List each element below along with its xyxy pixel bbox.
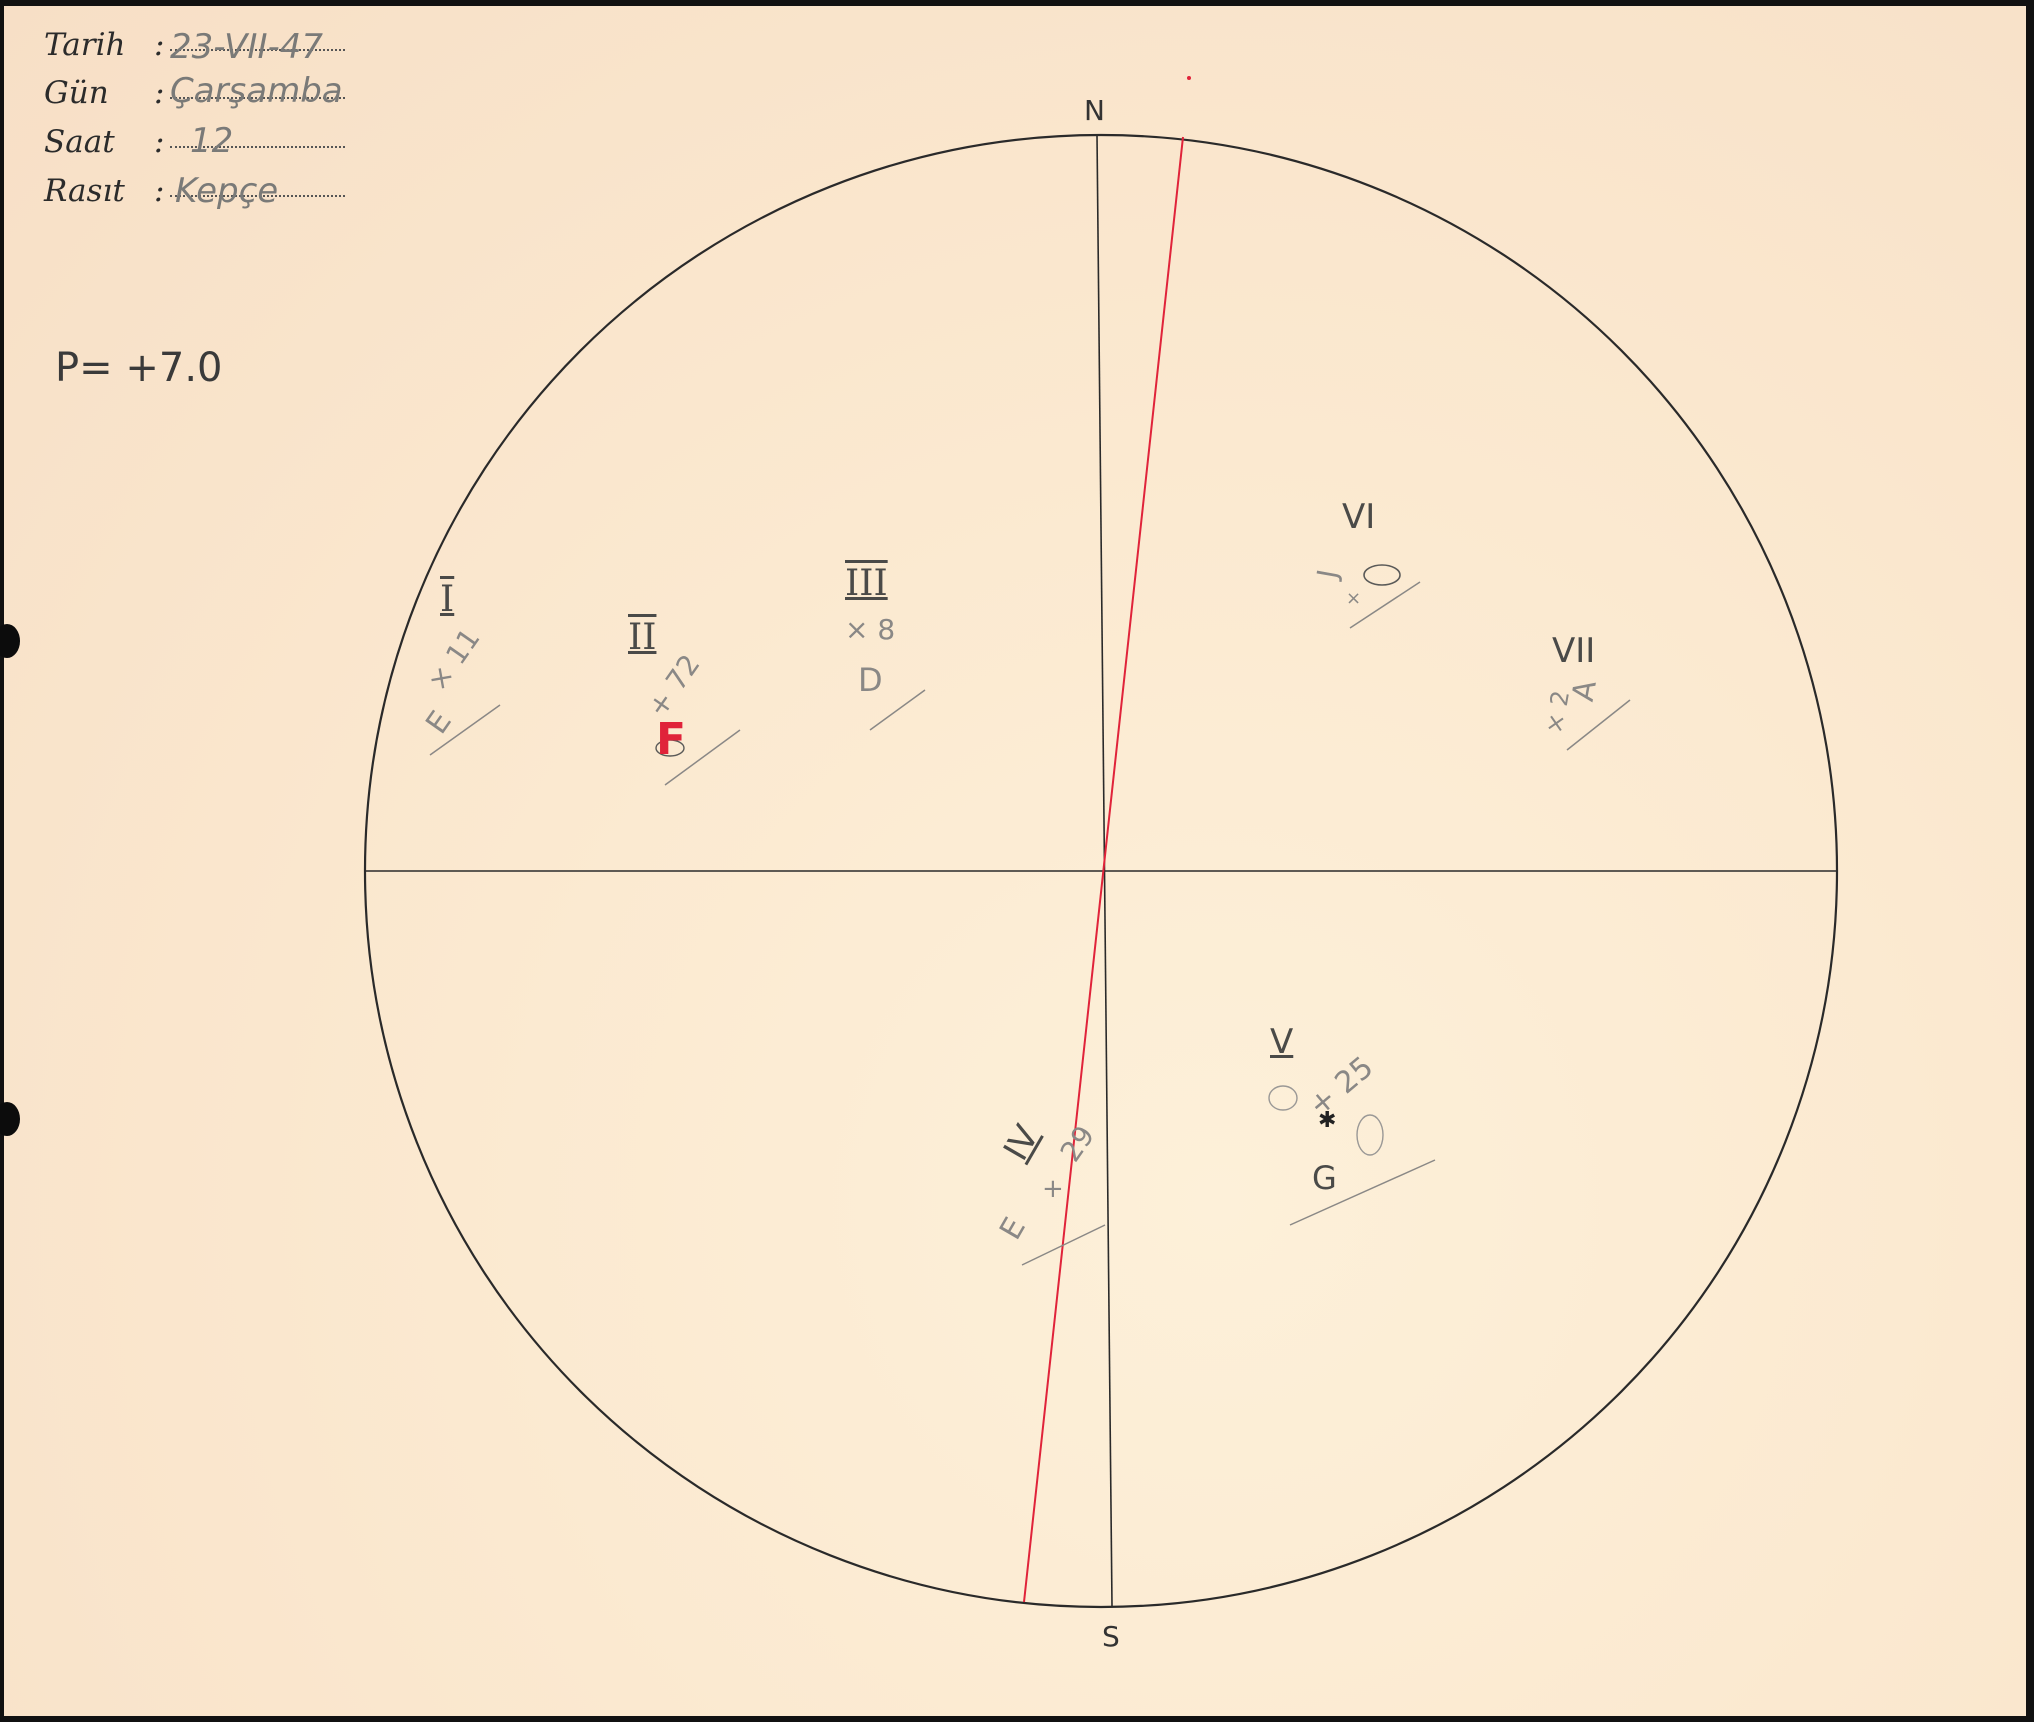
group-v-numeral: V (1270, 1025, 1293, 1059)
group-iii-type: D (858, 664, 883, 696)
group-vii-numeral: VII (1552, 634, 1595, 668)
group-vi-numeral: VI (1342, 500, 1375, 534)
rotation-axis-line (1024, 137, 1183, 1602)
red-tick-mark (1187, 76, 1191, 80)
group-iii-numeral: III (845, 566, 888, 602)
group-v-spot-right (1357, 1115, 1383, 1155)
north-label: N (1084, 94, 1105, 127)
group-vi-spot (1364, 565, 1400, 585)
group-ii-type: F (656, 718, 686, 762)
group-ii-numeral: II (628, 620, 656, 656)
group-v-type: G (1312, 1162, 1337, 1194)
group-v-spot-left (1269, 1086, 1297, 1110)
solar-disk-diagram (0, 0, 2034, 1722)
group-iii-count-value: 8 (877, 613, 895, 646)
group-vii-stroke (1567, 700, 1630, 750)
group-iii-count: × 8 (845, 616, 895, 644)
group-vi-mark: × (1346, 590, 1361, 608)
group-iv-plus: + (1042, 1176, 1064, 1202)
group-v-center-mark: ✱ (1318, 1110, 1336, 1132)
south-label: S (1102, 1620, 1120, 1653)
group-i-numeral: I (440, 582, 454, 618)
